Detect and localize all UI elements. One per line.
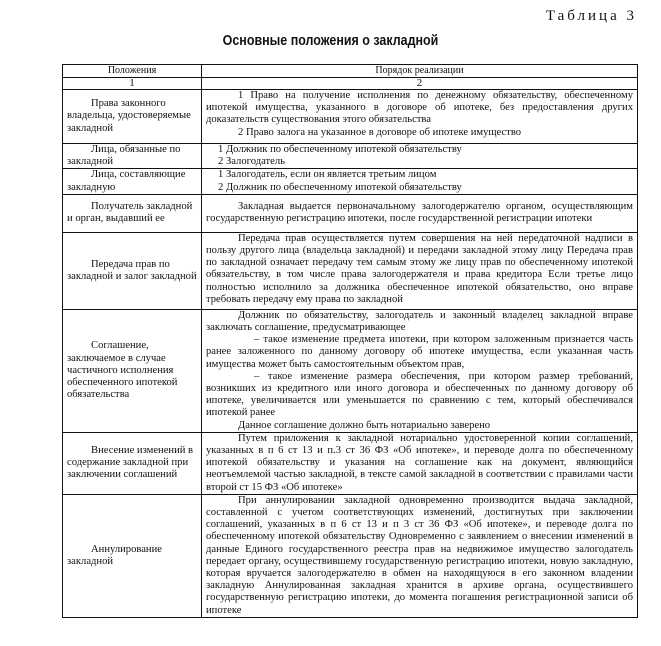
content-paragraph: Данное соглашение должно быть нотариальн… xyxy=(206,420,633,432)
column-number-1: 1 xyxy=(63,78,202,90)
column-number-row: 1 2 xyxy=(63,78,638,90)
content-paragraph: – такое изменение предмета ипотеки, при … xyxy=(206,334,633,371)
row-content-cell: Передача прав осуществляется путем совер… xyxy=(202,232,638,309)
row-position-cell: Соглашение, заключаемое в случае частичн… xyxy=(63,309,202,432)
position-text: Внесение изменений в содержание закладно… xyxy=(67,445,197,482)
position-text: Соглашение, заключаемое в случае частичн… xyxy=(67,340,197,401)
row-position-cell: Передача прав по закладной и залог закла… xyxy=(63,232,202,309)
content-paragraph: 1 Залогодатель, если он является третьим… xyxy=(206,169,633,181)
table-row: Получатель закладной и орган, выдавший е… xyxy=(63,194,638,232)
position-text: Права законного владельца, удостоверяемы… xyxy=(67,98,197,135)
row-position-cell: Лица, обязанные по закладной xyxy=(63,144,202,169)
row-position-cell: Аннулирование закладной xyxy=(63,494,202,617)
row-content-cell: 1 Должник по обеспеченному ипотекой обяз… xyxy=(202,144,638,169)
content-paragraph: 1 Право на получение исполнения по денеж… xyxy=(206,90,633,127)
position-text: Аннулирование закладной xyxy=(67,544,197,568)
row-position-cell: Внесение изменений в содержание закладно… xyxy=(63,432,202,494)
table-header-row: Положения Порядок реализации xyxy=(63,65,638,78)
row-content-cell: При аннулировании закладной одновременно… xyxy=(202,494,638,617)
table-row: Лица, обязанные по закладной 1 Должник п… xyxy=(63,144,638,169)
column-header-positions: Положения xyxy=(63,65,202,78)
content-paragraph: Закладная выдается первоначальному залог… xyxy=(206,201,633,225)
row-position-cell: Права законного владельца, удостоверяемы… xyxy=(63,90,202,144)
document-title: Основные положения о закладной xyxy=(46,33,614,49)
column-number-2: 2 xyxy=(202,78,638,90)
table-number-label: Таблица 3 xyxy=(546,8,637,25)
table-row: Права законного владельца, удостоверяемы… xyxy=(63,90,638,144)
row-position-cell: Лица, составляющие закладную xyxy=(63,169,202,194)
row-content-cell: 1 Залогодатель, если он является третьим… xyxy=(202,169,638,194)
position-text: Лица, составляющие закладную xyxy=(67,169,197,193)
content-paragraph: 2 Право залога на указанное в договоре о… xyxy=(206,127,633,139)
content-paragraph: Путем приложения к закладной нотариально… xyxy=(206,433,633,494)
content-paragraph: 2 Должник по обеспеченному ипотекой обяз… xyxy=(206,182,633,194)
table-row: Соглашение, заключаемое в случае частичн… xyxy=(63,309,638,432)
content-paragraph: 1 Должник по обеспеченному ипотекой обяз… xyxy=(206,144,633,156)
row-content-cell: Закладная выдается первоначальному залог… xyxy=(202,194,638,232)
table-row: Передача прав по закладной и залог закла… xyxy=(63,232,638,309)
content-paragraph: При аннулировании закладной одновременно… xyxy=(206,495,633,617)
row-position-cell: Получатель закладной и орган, выдавший е… xyxy=(63,194,202,232)
position-text: Получатель закладной и орган, выдавший е… xyxy=(67,201,197,225)
content-paragraph: 2 Залогодатель xyxy=(206,156,633,168)
content-paragraph: – такое изменение размера обеспечения, п… xyxy=(206,371,633,420)
content-paragraph: Должник по обязательству, залогодатель и… xyxy=(206,310,633,334)
column-header-procedure: Порядок реализации xyxy=(202,65,638,78)
row-content-cell: 1 Право на получение исполнения по денеж… xyxy=(202,90,638,144)
table-row: Аннулирование закладной При аннулировани… xyxy=(63,494,638,617)
table-row: Внесение изменений в содержание закладно… xyxy=(63,432,638,494)
row-content-cell: Путем приложения к закладной нотариально… xyxy=(202,432,638,494)
content-paragraph: Передача прав осуществляется путем совер… xyxy=(206,233,633,306)
mortgage-provisions-table: Положения Порядок реализации 1 2 Права з… xyxy=(62,64,638,618)
position-text: Передача прав по закладной и залог закла… xyxy=(67,259,197,283)
position-text: Лица, обязанные по закладной xyxy=(67,144,197,168)
table-row: Лица, составляющие закладную 1 Залогодат… xyxy=(63,169,638,194)
row-content-cell: Должник по обязательству, залогодатель и… xyxy=(202,309,638,432)
